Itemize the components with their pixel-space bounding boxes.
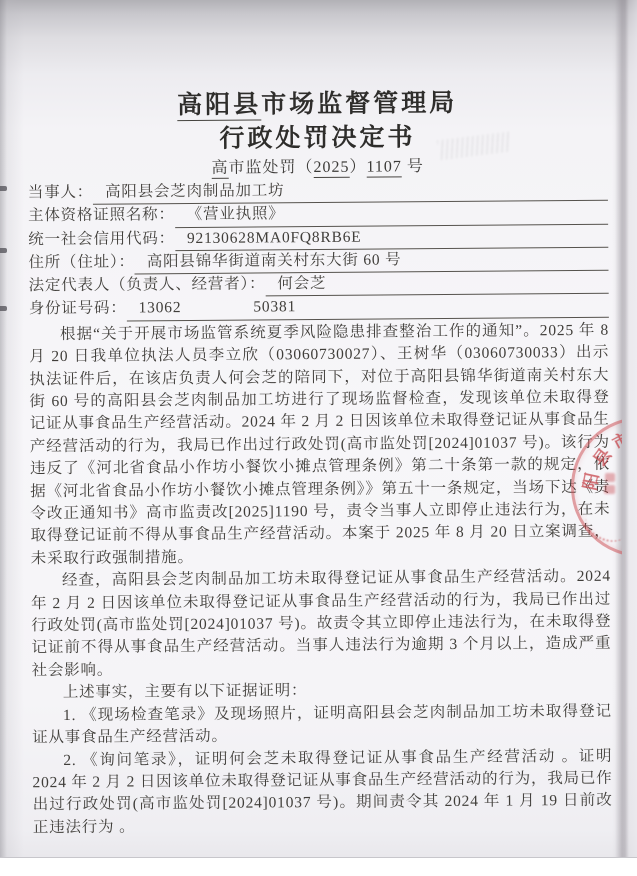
document-number: 高市监处罚（2025）1107 号: [28, 154, 608, 182]
docnum-serial: 1107: [366, 158, 402, 177]
scanner-background: [0, 857, 637, 876]
field-party-label: 当事人：: [28, 182, 93, 206]
evidence-item-2: 2. 《询问笔录》，证明何会芝未取得登记证从事食品生产经营活动 。证明 2024…: [32, 745, 613, 839]
paper-sheet: 高阳县市场监督管理局 行政处罚决定书 高市监处罚（2025）1107 号 当事人…: [0, 0, 637, 857]
document-body: 根据“关于开展市场监管系统夏季风险隐患排查整治工作的通知”。2025 年 8 月…: [29, 320, 613, 840]
docnum-seg: 市监处罚（: [228, 159, 313, 177]
id-number-redacted-gap: [181, 312, 253, 313]
scanned-document-page: 高阳县市场监督管理局 行政处罚决定书 高市监处罚（2025）1107 号 当事人…: [0, 0, 637, 876]
field-credit-code-label: 统一社会信用代码：: [28, 228, 175, 252]
id-number-part1: 13062: [139, 300, 182, 317]
agency-title-rest: 市场监督管理局: [261, 90, 457, 119]
field-license-name-value: 《营业执照》: [175, 201, 608, 228]
id-number-part2: 50381: [253, 299, 296, 316]
scan-edge-mark: [0, 186, 7, 191]
scan-edge-mark: [0, 306, 7, 311]
document-title: 行政处罚决定书: [27, 120, 607, 159]
paragraph-basis-and-inspection: 根据“关于开展市场监管系统夏季风险隐患排查整治工作的通知”。2025 年 8 月…: [29, 320, 611, 571]
docnum-year: 2025: [313, 159, 349, 178]
field-legal-representative-value: 何会芝: [265, 271, 608, 297]
document-content: 高阳县市场监督管理局 行政处罚决定书 高市监处罚（2025）1107 号 当事人…: [27, 86, 613, 840]
docnum-seg: ）: [349, 159, 366, 176]
field-id-number: 身份证号码： 1306250381: [29, 294, 609, 322]
field-license-name-label: 主体资格证照名称：: [28, 204, 175, 228]
field-id-number-label: 身份证号码：: [29, 298, 127, 322]
scan-edge-mark: [0, 248, 7, 253]
seal-arc-char: 市: [610, 430, 622, 453]
docnum-seg: 高: [211, 160, 228, 179]
field-id-number-value: 1306250381: [127, 294, 609, 321]
docnum-seg: 号: [402, 158, 424, 175]
field-credit-code-value: 92130628MA0FQ8RB6E: [175, 224, 608, 251]
field-address-label: 住所（住址）：: [28, 251, 135, 275]
agency-title-underlined: 高阳县: [177, 91, 261, 121]
agency-title: 高阳县市场监督管理局: [27, 86, 607, 125]
field-legal-representative-label: 法定代表人（负责人、经营者）：: [29, 274, 266, 299]
evidence-item-1: 1. 《现场检查笔录》及现场照片，证明高阳县会芝肉制品加工坊未取得登记证从事食品…: [32, 700, 612, 749]
paragraph-investigation-findings: 经查，高阳县会芝肉制品加工坊未取得登记证从事食品生产经营活动。2024 年 2 …: [31, 566, 612, 683]
